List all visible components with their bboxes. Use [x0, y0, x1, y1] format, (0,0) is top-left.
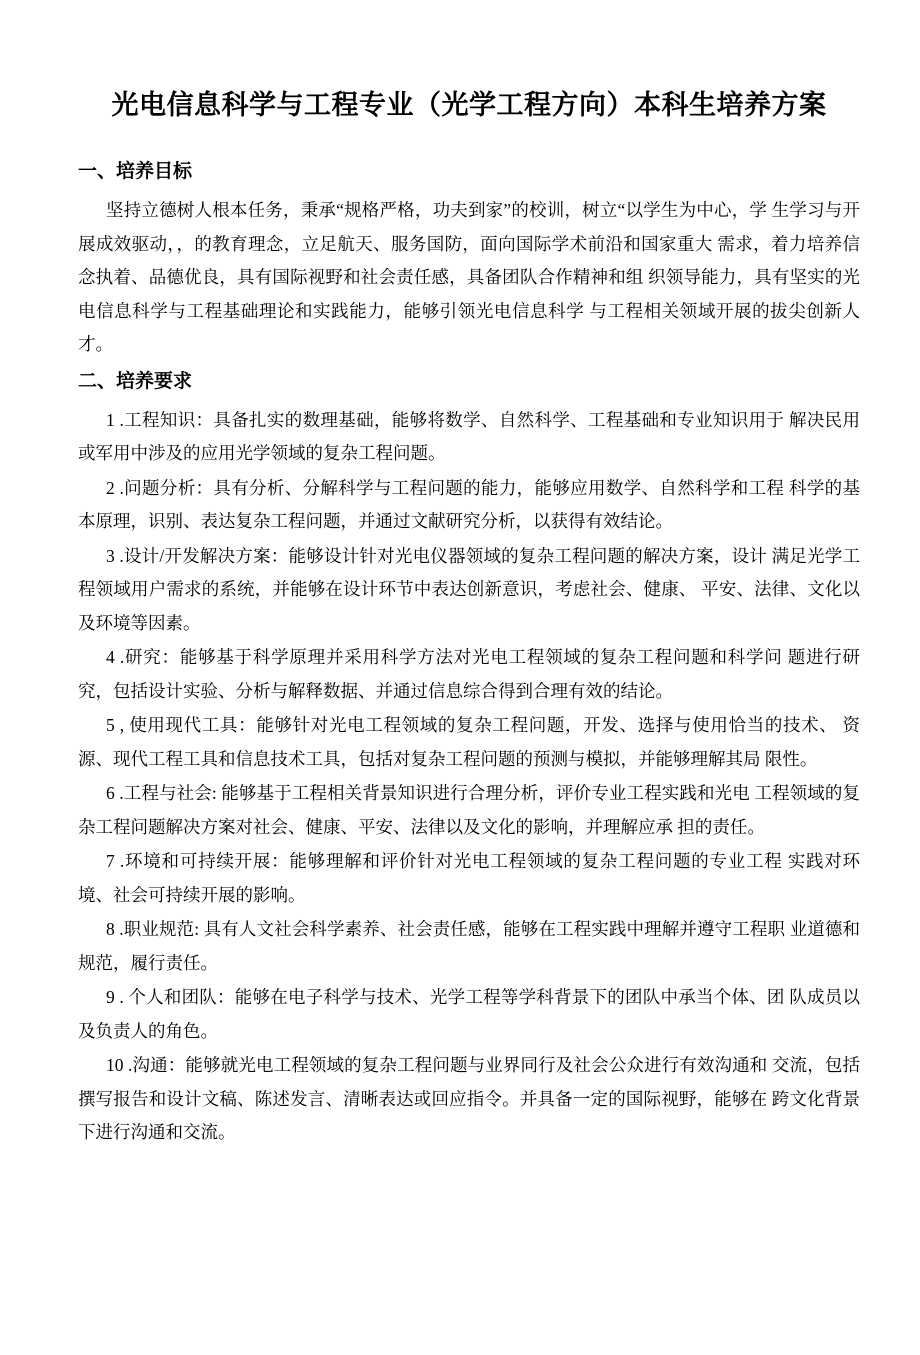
- requirement-item-8: 8 .职业规范: 具有人文社会科学素养、社会责任感，能够在工程实践中理解并遵守工…: [78, 913, 860, 980]
- requirement-item-5: 5 , 使用现代工具：能够针对光电工程领域的复杂工程问题，开发、选择与使用恰当的…: [78, 709, 860, 776]
- requirement-item-1: 1 .工程知识：具备扎实的数理基础，能够将数学、自然科学、工程基础和专业知识用于…: [78, 404, 860, 471]
- requirements-list: 1 .工程知识：具备扎实的数理基础，能够将数学、自然科学、工程基础和专业知识用于…: [78, 404, 860, 1150]
- training-requirements-heading: 二、培养要求: [78, 371, 860, 393]
- training-objectives-heading: 一、培养目标: [78, 161, 860, 183]
- requirement-item-6: 6 .工程与社会: 能够基于工程相关背景知识进行合理分析，评价专业工程实践和光电…: [78, 777, 860, 844]
- requirement-item-10: 10 .沟通：能够就光电工程领域的复杂工程问题与业界同行及社会公众进行有效沟通和…: [78, 1049, 860, 1150]
- requirement-item-9: 9 . 个人和团队：能够在电子科学与技术、光学工程等学科背景下的团队中承当个体、…: [78, 981, 860, 1048]
- requirement-item-3: 3 .设计/开发解决方案：能够设计针对光电仪器领域的复杂工程问题的解决方案，设计…: [78, 540, 860, 641]
- section-training-requirements: 二、培养要求 1 .工程知识：具备扎实的数理基础，能够将数学、自然科学、工程基础…: [78, 371, 860, 1150]
- section-training-objectives: 一、培养目标 坚持立德树人根本任务，秉承“规格严格，功夫到家”的校训，树立“以学…: [78, 161, 860, 362]
- training-objectives-paragraph: 坚持立德树人根本任务，秉承“规格严格，功夫到家”的校训，树立“以学生为中心，学 …: [78, 194, 860, 362]
- document-title: 光电信息科学与工程专业（光学工程方向）本科生培养方案: [78, 90, 860, 120]
- requirement-item-7: 7 .环境和可持续开展：能够理解和评价针对光电工程领域的复杂工程问题的专业工程 …: [78, 845, 860, 912]
- document-page: 光电信息科学与工程专业（光学工程方向）本科生培养方案 一、培养目标 坚持立德树人…: [0, 0, 920, 1355]
- requirement-item-2: 2 .问题分析：具有分析、分解科学与工程问题的能力，能够应用数学、自然科学和工程…: [78, 472, 860, 539]
- requirement-item-4: 4 .研究：能够基于科学原理并采用科学方法对光电工程领域的复杂工程问题和科学问 …: [78, 641, 860, 708]
